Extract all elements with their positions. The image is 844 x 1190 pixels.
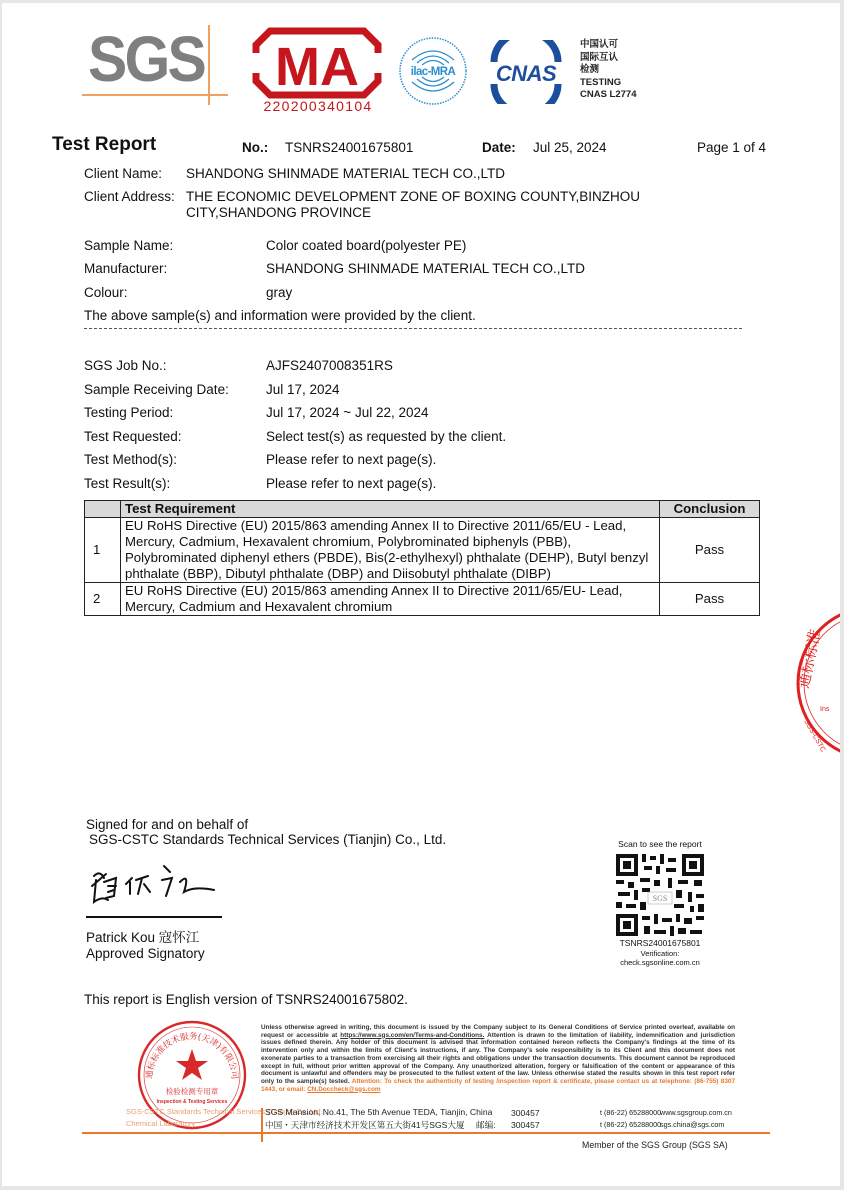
col-header-no [85, 501, 121, 518]
results-header-row: Test Requirement Conclusion [85, 501, 760, 518]
cnas-line: CNAS L2774 [580, 89, 637, 102]
cnas-accreditation-text: 中国认可 国际互认 检测 TESTING CNAS L2774 [580, 39, 637, 102]
manufacturer-label: Manufacturer: [84, 261, 167, 276]
stamp-lab-line2: Chemical Laboratory [126, 1119, 195, 1128]
svg-text:CNAS: CNAS [496, 61, 557, 86]
qr-code-icon[interactable]: SGS [614, 852, 706, 938]
row-conclusion: Pass [660, 583, 760, 616]
cnas-line: 中国认可 [580, 39, 637, 52]
test-requested: Select test(s) as requested by the clien… [266, 429, 506, 444]
email-link[interactable]: sgs.china@sgs.com [660, 1120, 724, 1129]
sample-name: Color coated board(polyester PE) [266, 238, 466, 253]
cnas-line: 国际互认 [580, 52, 637, 65]
test-results: Please refer to next page(s). [266, 476, 436, 491]
section-divider [84, 328, 742, 329]
footer-orange-rule-vertical [261, 1108, 263, 1142]
signer-name: Patrick Kou 寇怀江 [86, 926, 199, 946]
svg-text:MA: MA [275, 37, 359, 97]
test-methods-label: Test Method(s): [84, 452, 177, 467]
english-version-note: This report is English version of TSNRS2… [84, 992, 408, 1007]
phone-2: t (86-22) 65288000 [600, 1120, 661, 1129]
page-number: Page 1 of 4 [697, 140, 766, 155]
ilac-mra-logo: ilac-MRA [398, 36, 468, 106]
row-number: 1 [85, 518, 121, 583]
signed-on-behalf-label: Signed for and on behalf of [86, 817, 248, 832]
terms-link[interactable]: https://www.sgs.com/en/Terms-and-Conditi… [340, 1032, 484, 1039]
postcode-cn-label: 邮编: [476, 1119, 496, 1131]
signature-line [86, 916, 222, 918]
sample-name-label: Sample Name: [84, 238, 173, 253]
address-cn: 中国・天津市经济技术开发区第五大街41号SGS大厦 [265, 1119, 465, 1131]
svg-text:检验检测专用章: 检验检测专用章 [166, 1086, 219, 1096]
client-address-line1: THE ECONOMIC DEVELOPMENT ZONE OF BOXING … [186, 189, 640, 204]
test-requested-label: Test Requested: [84, 429, 182, 444]
report-title: Test Report [52, 134, 156, 156]
report-number-label: No.: [242, 140, 268, 155]
cnas-logo: CNAS [484, 40, 568, 104]
doccheck-email-link[interactable]: CN.Doccheck@sgs.com [307, 1086, 380, 1093]
verification-label: Verification: [600, 949, 720, 958]
svg-text:通标标准: 通标标准 [794, 627, 824, 689]
colour-label: Colour: [84, 285, 128, 300]
postcode-en: 300457 [511, 1108, 540, 1118]
svg-text:ilac-MRA: ilac-MRA [411, 66, 456, 78]
svg-text:Ins: Ins [820, 706, 830, 713]
qr-scan-caption: Scan to see the report [600, 839, 720, 849]
logo-orange-rule-vertical [208, 25, 210, 105]
report-number: TSNRS24001675801 [285, 140, 413, 155]
svg-text:Inspection & Testing Services: Inspection & Testing Services [157, 1099, 228, 1105]
sgs-logo-text: SGS [88, 27, 204, 91]
row-conclusion: Pass [660, 518, 760, 583]
sample-provided-note: The above sample(s) and information were… [84, 308, 476, 323]
address-en: SGS Mansion, No.41, The 5th Avenue TEDA,… [265, 1107, 492, 1117]
cnas-line: 检测 [580, 64, 637, 77]
cma-logo: MA 220200340104 [252, 27, 382, 119]
row-requirement: EU RoHS Directive (EU) 2015/863 amending… [121, 583, 660, 616]
svg-text:SGS: SGS [653, 894, 668, 903]
table-row: 2 EU RoHS Directive (EU) 2015/863 amendi… [85, 583, 760, 616]
cnas-emblem-icon: CNAS [484, 40, 568, 104]
logo-orange-rule [82, 94, 228, 96]
table-row: 1 EU RoHS Directive (EU) 2015/863 amendi… [85, 518, 760, 583]
report-date: Jul 25, 2024 [533, 140, 607, 155]
client-address-label: Client Address: [84, 189, 175, 204]
manufacturer: SHANDONG SHINMADE MATERIAL TECH CO.,LTD [266, 261, 585, 276]
testing-period-label: Testing Period: [84, 405, 173, 420]
receiving-date-label: Sample Receiving Date: [84, 382, 229, 397]
cnas-line: TESTING [580, 77, 637, 90]
handwritten-signature-icon [86, 856, 226, 908]
report-date-label: Date: [482, 140, 516, 155]
qr-report-number: TSNRS24001675801 [600, 938, 720, 948]
sgs-group-member: Member of the SGS Group (SGS SA) [582, 1140, 728, 1150]
svg-text:SGS-CSTC: SGS-CSTC [802, 719, 826, 754]
colour: gray [266, 285, 292, 300]
sgs-logo: SGS [82, 25, 230, 105]
legal-fine-print: Unless otherwise agreed in writing, this… [261, 1024, 735, 1093]
test-methods: Please refer to next page(s). [266, 452, 436, 467]
ilac-mra-emblem-icon: ilac-MRA [398, 36, 468, 106]
client-name-label: Client Name: [84, 166, 162, 181]
results-table: Test Requirement Conclusion 1 EU RoHS Di… [84, 500, 760, 616]
col-header-conclusion: Conclusion [660, 501, 760, 518]
test-results-label: Test Result(s): [84, 476, 170, 491]
col-header-requirement: Test Requirement [121, 501, 660, 518]
row-number: 2 [85, 583, 121, 616]
phone-1: t (86-22) 65288000 [600, 1108, 661, 1117]
client-address-line2: CITY,SHANDONG PROVINCE [186, 205, 371, 220]
signing-company: SGS-CSTC Standards Technical Services (T… [89, 832, 446, 847]
row-requirement: EU RoHS Directive (EU) 2015/863 amending… [121, 518, 660, 583]
testing-period: Jul 17, 2024 ~ Jul 22, 2024 [266, 405, 429, 420]
company-seal-partial-icon: 通标标准 Ins SGS-CSTC [794, 603, 840, 763]
verification-link[interactable]: check.sgsonline.com.cn [600, 958, 720, 967]
signer-role: Approved Signatory [86, 946, 205, 961]
test-report-page: SGS MA 220200340104 ilac-MRA CNAS [2, 3, 840, 1186]
client-name: SHANDONG SHINMADE MATERIAL TECH CO.,LTD [186, 166, 505, 181]
website-link[interactable]: www.sgsgroup.com.cn [660, 1108, 732, 1117]
postcode-cn: 300457 [511, 1120, 540, 1130]
footer-orange-rule [82, 1132, 770, 1134]
job-no-label: SGS Job No.: [84, 358, 167, 373]
job-no: AJFS2407008351RS [266, 358, 393, 373]
cma-emblem-icon: MA [252, 27, 382, 99]
cma-code: 220200340104 [252, 98, 384, 114]
receiving-date: Jul 17, 2024 [266, 382, 340, 397]
